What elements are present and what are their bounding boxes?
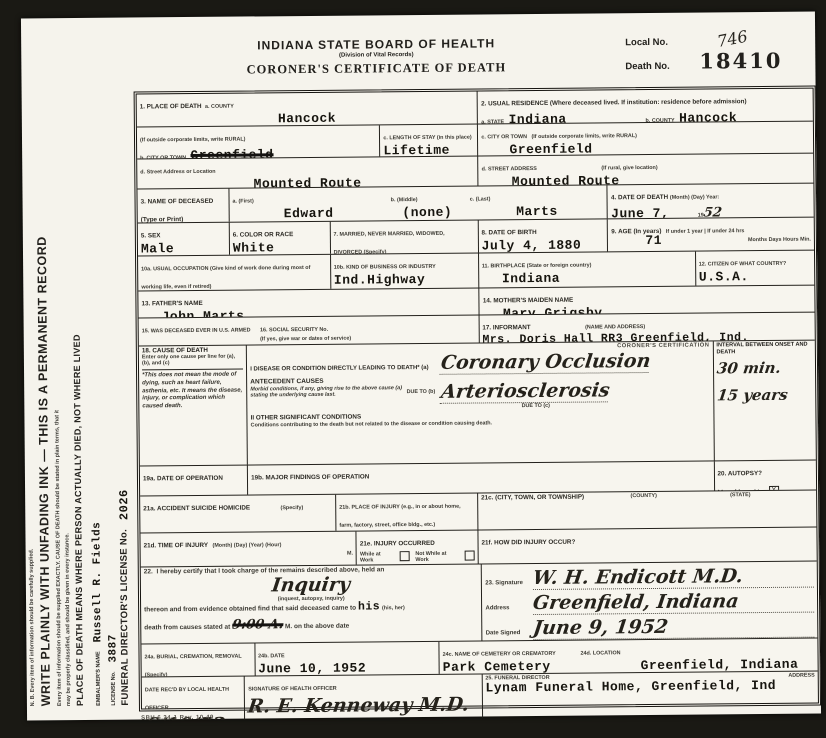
f19b-label: 19b. MAJOR FINDINGS OF OPERATION [251,473,369,481]
form-number: SBH 6.24-1 Rev. 10-49 [141,715,214,722]
field-burial-date: 24b. DATE June 10, 1952 [255,642,440,676]
f21c-county-label: (COUNTY) [630,492,730,500]
f21e-while-at-work: While at Work [360,551,394,563]
f2-label: 2. USUAL RESIDENCE (Where deceased lived… [481,98,747,107]
f4-year-hw: 52 [703,205,723,218]
f10a-label: 10a. USUAL OCCUPATION (Give kind of work… [141,265,310,290]
f21d-cols: (Month) (Day) (Year) (Hour) [212,542,281,549]
f3-middle-label: b. (Middle) [391,197,418,203]
f2c-label: c. CITY OR TOWN [481,134,527,140]
field-date-received: DATE REC'D BY LOCAL HEALTH OFFICER 6/10/… [142,677,246,721]
f24a-label: 24a. BURIAL, CREMATION, REMOVAL (Specify… [145,654,242,677]
f1b-label: b. CITY OR TOWN [140,155,186,158]
field-health-officer-signature: SIGNATURE OF HEALTH OFFICER R. E. Kennew… [245,674,483,719]
f1-label: 1. PLACE OF DEATH [140,103,202,111]
field-time-of-injury: 21d. TIME OF INJURY (Month) (Day) (Year)… [140,532,357,567]
field-color-race: 6. COLOR OR RACE White [230,222,331,255]
f18-i-label: I DISEASE OR CONDITION DIRECTLY LEADING … [250,365,429,373]
f2d-note: (If rural, give location) [601,165,657,171]
f3-last-value: Marts [470,204,604,219]
f1d-label: d. Street Address or Location [140,169,215,176]
death-certificate-page: N. B. Every item of information should b… [21,12,821,721]
f1c-value: Lifetime [383,144,474,157]
field-burial-type: 24a. BURIAL, CREMATION, REMOVAL (Specify… [141,643,255,676]
f15-label: 15. WAS DECEASED EVER IN U.S. ARMED FORC… [142,327,251,345]
f2d-label: d. STREET ADDRESS [482,166,537,172]
field-place-address: d. Street Address or Location Mounted Ro… [137,156,479,188]
f8-value: July 4, 1880 [482,238,605,252]
f25c-value: Lynam Funeral Home, Greenfield, Ind [485,679,814,696]
field-birthplace: 11. BIRTHPLACE (State or foreign country… [479,252,696,288]
field-last-name: c. (Last) Marts [467,185,609,219]
f16-label: 16. SOCIAL SECURITY No. [260,327,328,334]
f4-label: 4. DATE OF DEATH [611,194,668,201]
field-marital-status: 7. MARRIED, NEVER MARRIED, WIDOWED, DIVO… [330,220,478,253]
field-accident-suicide-homicide: 21a. ACCIDENT SUICIDE HOMICIDE (Specify) [140,495,336,533]
f11-label: 11. BIRTHPLACE (State or foreign country… [482,263,592,270]
f22-text4: M. on the above date [285,623,349,631]
f18-interval-b: 15 years [716,386,789,405]
f18-interval-a: 30 min. [715,359,781,378]
death-no-label: Death No. [625,61,689,73]
f25c-addr-label: ADDRESS [788,673,814,679]
f12-value: U.S.A. [699,270,811,285]
field-citizen-country: 12. CITIZEN OF WHAT COUNTRY? U.S.A. [696,251,815,286]
f2a-value: Indiana [508,112,566,124]
field-place-of-death-county: 1. PLACE OF DEATH a. COUNTY Hancock [137,91,479,126]
f23-date-label: Date Signed [486,630,534,636]
f25b-label: SIGNATURE OF HEALTH OFFICER [248,686,337,693]
field-residence-city-town: c. CITY OR TOWN (If outside corporate li… [478,122,813,156]
left-margin-notes: N. B. Every item of information should b… [21,18,139,721]
f8-label: 8. DATE OF BIRTH [481,229,536,236]
f18-note2: *This does not mean the mode of dying, s… [142,369,244,412]
not-while-at-work-checkbox [465,551,475,561]
field-cemetery-name: 24c. NAME OF CEMETERY OR CREMATORY Park … [440,641,578,674]
f3-last-label: c. (Last) [470,196,491,202]
f7-label: 7. MARRIED, NEVER MARRIED, WIDOWED, DIVO… [333,231,444,254]
f5-label: 5. SEX [141,232,161,239]
f22-num: 22. [144,568,153,575]
f23-addr-label: Address [485,605,533,611]
coroner-address: Greenfield, Indiana [532,590,740,614]
f21a-label: 21a. ACCIDENT SUICIDE HOMICIDE [143,504,250,512]
f1b-value: Greenfield [190,147,273,158]
f6-value: White [233,241,327,255]
field-injury-occurred: 21e. INJURY OCCURRED While at Work Not W… [357,531,479,565]
field-date-of-birth: 8. DATE OF BIRTH July 4, 1880 [478,219,608,252]
field-name-of-deceased-label: 3. NAME OF DECEASED (Type or Print) [137,189,229,223]
field-place-of-injury: 21b. PLACE OF INJURY (e.g., in or about … [336,494,478,531]
death-no-value: 18410 [699,48,782,74]
f3-label: 3. NAME OF DECEASED (Type or Print) [141,198,214,223]
field-interval-onset-death: INTERVAL BETWEEN ONSET AND DEATH 30 min.… [713,341,815,461]
f3-middle-value: (none) [391,206,464,220]
f23-num: 23. [485,580,493,586]
f22-time-value: 9:00 A. [231,617,284,632]
f19a-label: 19a. DATE OF OPERATION [143,475,223,483]
f23-sig-label: Signature [495,580,523,586]
embalmer-name-label: EMBALMER'S NAME [95,651,101,706]
f4-value: June 7, [611,206,669,219]
f20-label: 20. AUTOPSY? [718,470,763,477]
f21e-label: 21e. INJURY OCCURRED [360,540,435,548]
f24b-value: June 10, 1952 [258,661,436,676]
f9-sub1: If under 1 year | If under 24 hrs [666,228,745,235]
field-usual-occupation: 10a. USUAL OCCUPATION (Give kind of work… [138,255,331,291]
field-cemetery-location: 24d. LOCATION Greenfield, Indiana [577,639,817,673]
autopsy-no-checkbox: X [769,486,779,491]
certificate-form: INDIANA STATE BOARD OF HEALTH (Division … [133,24,815,714]
f1b-note: (If outside corporate limits, write RURA… [140,137,245,144]
f24c-label: 24c. NAME OF CEMETERY OR CREMATORY [443,651,556,658]
f24b-label: 24b. DATE [258,653,285,659]
f21e-not-while-at-work: Not While at Work [415,551,459,563]
f18-cause-b-value: Arteriosclerosis [440,380,611,404]
field-armed-forces: 15. WAS DECEASED EVER IN U.S. ARMED FORC… [139,317,258,345]
embalmer-name-value: Russell R. Fields [91,522,104,643]
field-date-of-operation: 19a. DATE OF OPERATION [140,466,248,496]
f17-note: (NAME AND ADDRESS) [585,324,645,331]
form-grid: 1. PLACE OF DEATH a. COUNTY Hancock 2. U… [134,86,821,712]
f18-note1: Enter only one cause per line for (a), (… [142,354,243,367]
f17-label: 17. INFORMANT [482,324,530,331]
field-age: 9. AGE (In years) If under 1 year | If u… [608,218,814,252]
f18-due-b-label: DUE TO (b) [407,389,436,395]
f2a-label: a. STATE [481,119,504,123]
field-fathers-name: 13. FATHER'S NAME John Marts [138,288,480,317]
f22-text3: death from causes stated at [144,624,230,632]
f25a-label: DATE REC'D BY LOCAL HEALTH OFFICER [145,687,229,712]
f3-first-label: a. (First) [232,198,253,204]
while-at-work-checkbox [400,551,410,561]
field-date-of-death: 4. DATE OF DEATH (Month) (Day) Year: Jun… [608,184,814,219]
field-cause-of-death-entries: CORONER'S CERTIFICATION I DISEASE OR CON… [247,341,714,464]
f13-label: 13. FATHER'S NAME [141,300,202,308]
f10b-label: 10b. KIND OF BUSINESS OR INDUSTRY [334,264,436,271]
field-middle-name: b. (Middle) (none) [388,187,467,221]
field-residence-street: d. STREET ADDRESS (If rural, give locati… [479,154,814,186]
field-place-city-town: (If outside corporate limits, write RURA… [137,125,381,158]
autopsy-yes-option: Yes ( ) [718,488,742,490]
certificate-numbers: Local No. 746 Death No. 18410 [625,36,805,79]
field-coroner-certify-statement: 22. I hereby certify that I took charge … [141,564,483,643]
f21a-note: (Specify) [281,505,304,511]
field-autopsy: 20. AUTOPSY? Yes ( ) No X [714,461,816,491]
field-social-security: 16. SOCIAL SECURITY No. (If yes, give wa… [257,315,480,344]
field-usual-residence: 2. USUAL RESIDENCE (Where deceased lived… [478,89,813,124]
field-kind-of-business: 10b. KIND OF BUSINESS OR INDUSTRY Ind.Hi… [331,253,479,288]
f21d-label: 21d. TIME OF INJURY [144,542,209,550]
f12-label: 12. CITIZEN OF WHAT COUNTRY? [699,261,787,268]
f10b-value: Ind.Highway Dept. [334,273,475,289]
health-officer-signature: R. E. Kenneway M.D. [247,694,471,718]
field-coroner-signature-block: 23. Signature W. H. Endicott M.D. Addres… [482,562,817,641]
f21c-label: 21c. (CITY, TOWN, OR TOWNSHIP) [481,493,630,502]
f18-interval-label: INTERVAL BETWEEN ONSET AND DEATH [716,342,812,356]
f4-cols: (Month) (Day) Year: [670,194,719,200]
f22-text2: thereon and from evidence obtained find … [144,605,356,614]
field-sex: 5. SEX Male [138,223,230,256]
form-header: INDIANA STATE BOARD OF HEALTH (Division … [133,24,810,92]
funeral-director-license-label: FUNERAL DIRECTOR'S LICENSE No. [118,529,131,706]
f5-value: Male [141,242,226,256]
coroner-date-signed: June 9, 1952 [532,616,670,639]
f1a-label: a. COUNTY [205,104,234,110]
local-no-label: Local No. [625,37,689,49]
f14-label: 14. MOTHER'S MAIDEN NAME [483,297,573,305]
field-injury-location: 21c. (CITY, TOWN, OR TOWNSHIP) (COUNTY) … [478,491,816,530]
funeral-director-license-value: 2026 [117,489,131,520]
f24d-value: Greenfield, Indiana [641,658,815,673]
f24d-label: 24d. LOCATION [580,650,620,656]
f18-morbid-note: Morbid conditions, if any, giving rise t… [250,386,406,399]
f3-first-value: Edward [233,206,385,221]
coroner-signature: W. H. Endicott M.D. [532,565,745,589]
f24c-value: Park Cemetery [443,660,575,674]
f6-label: 6. COLOR OR RACE [233,231,294,239]
page-title: CORONER'S CERTIFICATE OF DEATH [133,59,619,78]
field-how-injury-occurred: 21f. HOW DID INJURY OCCUR? [478,528,816,564]
field-cause-of-death-notes: 18. CAUSE OF DEATH Enter only one cause … [139,346,248,466]
f1c-label: c. LENGTH OF STAY (in this place) [383,135,471,142]
f21f-label: 21f. HOW DID INJURY OCCUR? [482,539,576,547]
f11-value: Indiana [502,271,692,286]
f18-cause-a-value: Coronary Occlusion [440,350,652,375]
field-informant: 17. INFORMANT (NAME AND ADDRESS) Mrs. Do… [479,313,815,343]
embalmer-license-label: LICENSE No. [111,671,117,705]
embalmer-license-value: 3887 [107,634,119,663]
embalmer-block: EMBALMER'S NAME Russell R. Fields LICENS… [85,64,119,706]
f2c-note: (If outside corporate limits, write RURA… [531,133,636,140]
f21b-label: 21b. PLACE OF INJURY (e.g., in or about … [339,504,460,529]
field-mothers-maiden-name: 14. MOTHER'S MAIDEN NAME Mary Grigsby [480,286,815,315]
f21c-state-label: (STATE) [730,492,751,499]
f22-note2: (his, her) [382,605,405,611]
field-length-of-stay: c. LENGTH OF STAY (in this place) Lifeti… [380,124,478,156]
f22-held-an-value: Inquiry [271,574,352,597]
f22-his-value: his [358,600,380,613]
field-funeral-director: 25. FUNERAL DIRECTOR ADDRESS Lynam Funer… [482,672,818,718]
field-major-findings: 19b. MAJOR FINDINGS OF OPERATION [248,461,715,494]
f16-note: (If yes, give war or dates of service) [260,335,475,343]
f21d-m: M. [144,551,353,559]
field-first-name: a. (First) Edward [229,187,387,221]
